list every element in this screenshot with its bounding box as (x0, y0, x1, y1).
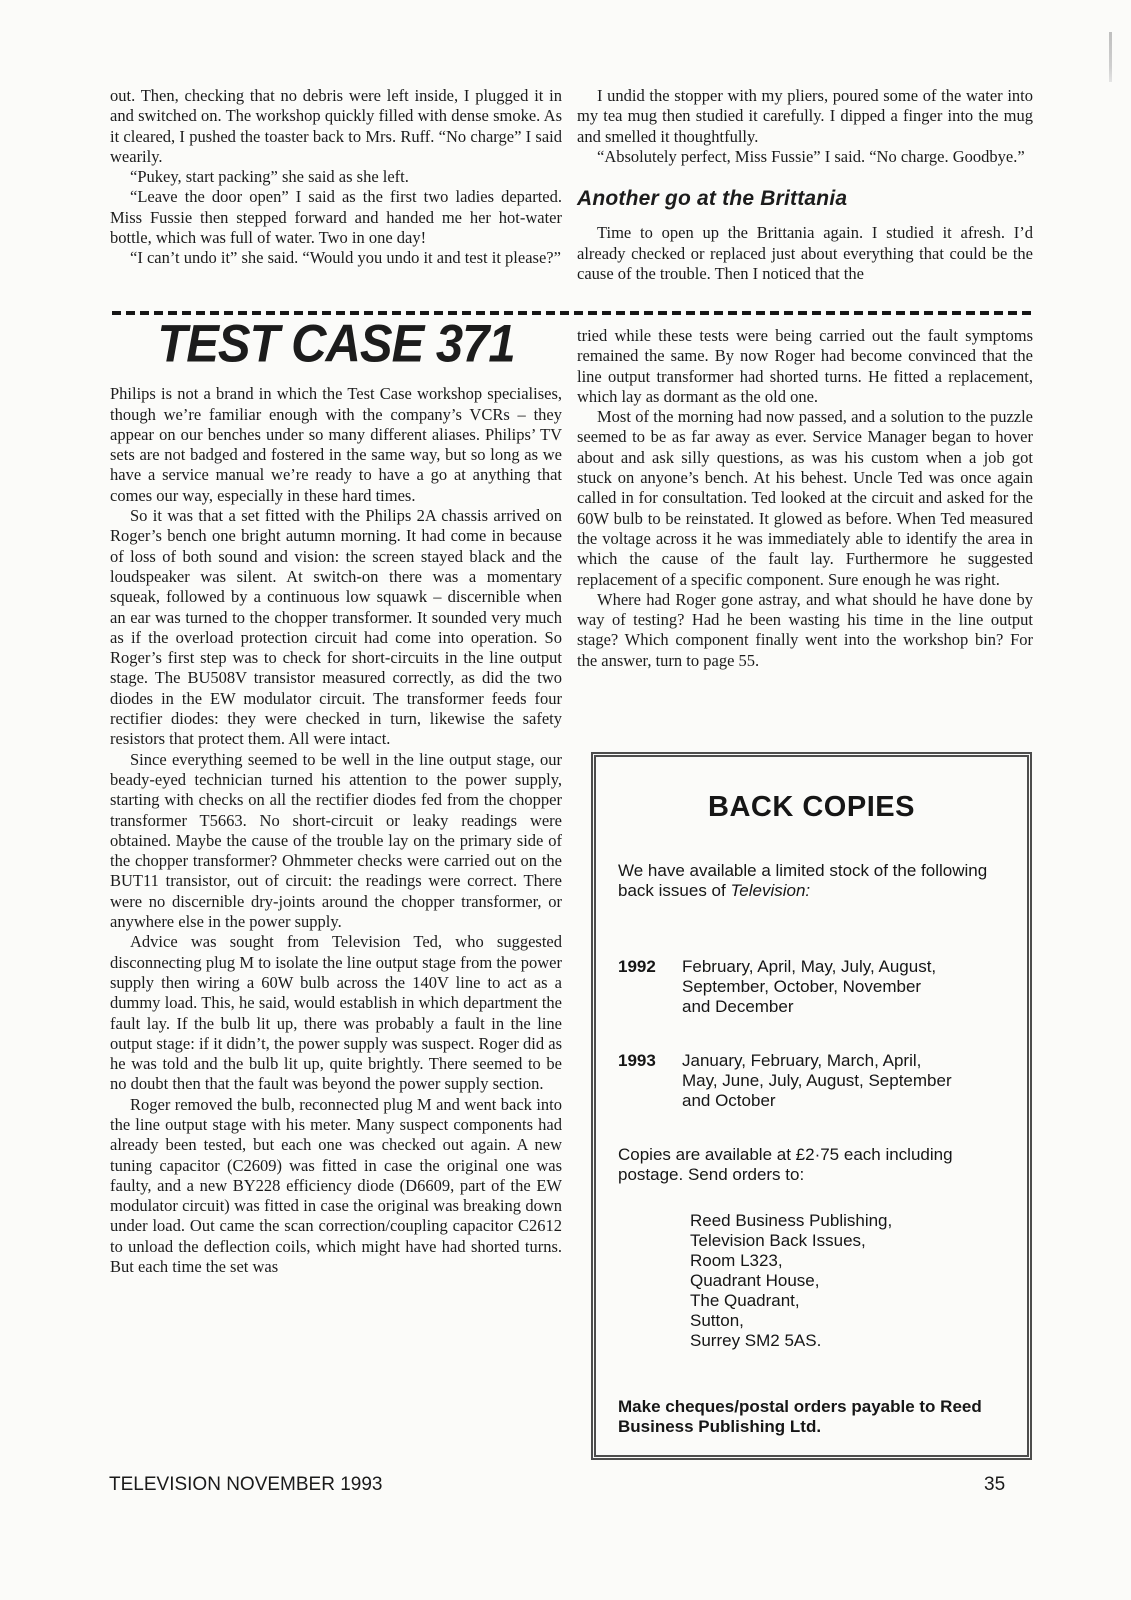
back-issues-1992-row: 1992 February, April, May, July, August,… (618, 957, 1005, 1017)
paragraph: I undid the stopper with my pliers, pour… (577, 86, 1033, 147)
year-label: 1993 (618, 1051, 682, 1111)
months-list: February, April, May, July, August, Sept… (682, 957, 952, 1017)
months-list: January, February, March, April, May, Ju… (682, 1051, 952, 1111)
address-line: Sutton, (690, 1311, 1005, 1331)
article-left-column: TEST CASE 371 Philips is not a brand in … (110, 334, 562, 1277)
magazine-name: Television: (730, 881, 810, 900)
paragraph: “Leave the door open” I said as the firs… (110, 187, 562, 248)
back-issues-1993-row: 1993 January, February, March, April, Ma… (618, 1051, 1005, 1111)
address-line: Quadrant House, (690, 1271, 1005, 1291)
article-title: TEST CASE 371 (110, 333, 562, 355)
paragraph: Most of the morning had now passed, and … (577, 407, 1033, 590)
back-copies-box: BACK COPIES We have available a limited … (591, 752, 1032, 1460)
address-line: The Quadrant, (690, 1291, 1005, 1311)
address-line: Television Back Issues, (690, 1231, 1005, 1251)
back-copies-intro: We have available a limited stock of the… (618, 861, 1005, 901)
page-number: 35 (984, 1474, 1005, 1496)
paragraph: Time to open up the Brittania again. I s… (577, 223, 1033, 284)
scan-edge-artifact (1109, 32, 1112, 82)
section-heading: Another go at the Brittania (577, 189, 1033, 209)
paragraph: “Absolutely perfect, Miss Fussie” I said… (577, 147, 1033, 167)
paragraph: Roger removed the bulb, reconnected plug… (110, 1095, 562, 1278)
year-label: 1992 (618, 957, 682, 1017)
paragraph: “I can’t undo it” she said. “Would you u… (110, 248, 562, 268)
payable-note: Make cheques/postal orders payable to Re… (618, 1397, 1005, 1437)
prelude-right-column: I undid the stopper with my pliers, pour… (577, 86, 1033, 284)
postal-address: Reed Business Publishing, Television Bac… (690, 1211, 1005, 1351)
paragraph: “Pukey, start packing” she said as she l… (110, 167, 562, 187)
paragraph: Since everything seemed to be well in th… (110, 750, 562, 933)
back-copies-title: BACK COPIES (618, 797, 1005, 817)
paragraph: out. Then, checking that no debris were … (110, 86, 562, 167)
address-line: Surrey SM2 5AS. (690, 1331, 1005, 1351)
address-line: Room L323, (690, 1251, 1005, 1271)
order-info: Copies are available at £2·75 each inclu… (618, 1145, 1005, 1185)
paragraph: Advice was sought from Television Ted, w… (110, 932, 562, 1094)
paragraph: Philips is not a brand in which the Test… (110, 384, 562, 506)
footer-issue-label: TELEVISION NOVEMBER 1993 (109, 1474, 383, 1496)
address-line: Reed Business Publishing, (690, 1211, 1005, 1231)
paragraph: Where had Roger gone astray, and what sh… (577, 590, 1033, 671)
paragraph: tried while these tests were being carri… (577, 326, 1033, 407)
magazine-page: out. Then, checking that no debris were … (0, 0, 1131, 1600)
paragraph: So it was that a set fitted with the Phi… (110, 506, 562, 750)
prelude-left-column: out. Then, checking that no debris were … (110, 86, 562, 269)
article-right-column: tried while these tests were being carri… (577, 326, 1033, 671)
